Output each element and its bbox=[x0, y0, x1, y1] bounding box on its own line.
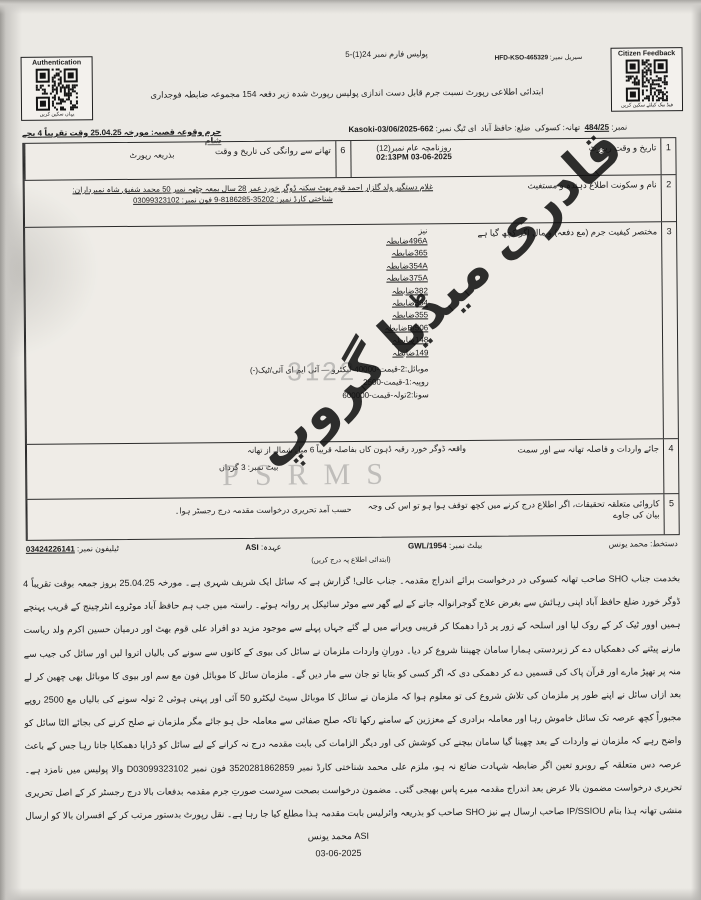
authentication-box: Authentication یہاں سکین کریں bbox=[21, 56, 94, 121]
belt-value: 1954/GWL bbox=[408, 541, 447, 550]
citizen-feedback-title: Citizen Feedback bbox=[615, 50, 679, 58]
report-datetime: 03-06-2025 02:13PM bbox=[355, 152, 473, 162]
serial-number: سیریل نمبر: HFD-KSO-465329 bbox=[495, 53, 607, 62]
serial-value: HFD-KSO-465329 bbox=[495, 54, 549, 61]
form-title-line: ابتدائی اطلاعی رپورٹ نسبت جرم قابل دست ا… bbox=[137, 86, 557, 101]
fir-body-text: بخدمت جناب SHO صاحب تھانہ کسوکی در درخوا… bbox=[23, 567, 682, 828]
row3-number: 3 bbox=[661, 222, 678, 438]
authentication-qr-icon bbox=[35, 67, 79, 111]
row6-label: تھانے سے روانگی کی تاریخ و وقت bbox=[178, 141, 335, 178]
footer-name-rank: محمد یونس ASI bbox=[258, 827, 418, 845]
row4-label: جائے واردات و فاصلہ تھانہ سے اور سمت bbox=[470, 439, 663, 495]
form-number: پولیس فارم نمبر 24(1)-5 bbox=[317, 49, 457, 59]
belt-label: بیلٹ نمبر: bbox=[449, 541, 482, 550]
etag-label: ای ٹیگ نمبر: bbox=[436, 124, 477, 133]
station-value: کسوکی bbox=[535, 123, 561, 132]
row4-number: 4 bbox=[663, 439, 678, 493]
row1-value: روزنامچہ عام نمبر(12) 03-06-2025 02:13PM bbox=[350, 140, 477, 177]
row2-number: 2 bbox=[661, 175, 676, 221]
row5-value: حسب آمد تحریری درخواست مقدمہ درج رجسٹر ہ… bbox=[26, 497, 355, 540]
serial-label: سیریل نمبر: bbox=[550, 54, 583, 61]
complainant-details: غلام دستگیر ولد گلزار احمد قوم بھٹ سکنہ … bbox=[24, 177, 442, 227]
authentication-caption: یہاں سکین کریں bbox=[25, 111, 89, 118]
body-line: منشی تھانہ ہذا بنام IP/SSIOU صاحب ارسال … bbox=[25, 799, 682, 828]
signature-field: دستخط: محمد یونس bbox=[609, 539, 678, 549]
row5-number: 5 bbox=[663, 494, 678, 534]
phone-label: ٹیلیفون نمبر: bbox=[77, 544, 119, 553]
phone-value: 03424226141 bbox=[26, 544, 75, 553]
row6-group: 6 تھانے سے روانگی کی تاریخ و وقت بذریعہ … bbox=[23, 141, 350, 180]
row5-label: کاروائی متعلقہ تحقیقات، اگر اطلاع درج کر… bbox=[355, 494, 663, 537]
authentication-title: Authentication bbox=[25, 59, 89, 67]
phone-field: ٹیلیفون نمبر: 03424226141 bbox=[26, 544, 119, 554]
scanned-fir-document: Authentication یہاں سکین کریں Citizen Fe… bbox=[0, 0, 701, 900]
table-row: 5 کاروائی متعلقہ تحقیقات، اگر اطلاع درج … bbox=[26, 494, 678, 540]
row6-value: بذریعہ رپورٹ bbox=[24, 142, 178, 179]
signature-value: محمد یونس bbox=[609, 539, 648, 548]
rank-label: عہدہ: bbox=[261, 543, 282, 552]
signature-label: دستخط: bbox=[650, 539, 678, 548]
officer-note: (ابتدائی اطلاع پہ درج کریں) bbox=[201, 555, 501, 566]
footer-signature: محمد یونس ASI 03-06-2025 bbox=[258, 827, 418, 862]
row6-number: 6 bbox=[335, 141, 350, 177]
district-label: ضلع: bbox=[514, 123, 530, 132]
rank-value: ASI bbox=[245, 543, 258, 552]
rank-field: عہدہ: ASI bbox=[245, 543, 281, 552]
belt-field: بیلٹ نمبر: 1954/GWL bbox=[408, 541, 482, 551]
officer-row: دستخط: محمد یونس بیلٹ نمبر: 1954/GWL عہد… bbox=[26, 539, 678, 554]
row1-number: 1 bbox=[660, 138, 675, 174]
etag-value: Kasoki-03/06/2025-662 bbox=[348, 124, 433, 134]
district-value: حافظ آباد bbox=[481, 124, 513, 133]
footer-date: 03-06-2025 bbox=[258, 844, 418, 862]
